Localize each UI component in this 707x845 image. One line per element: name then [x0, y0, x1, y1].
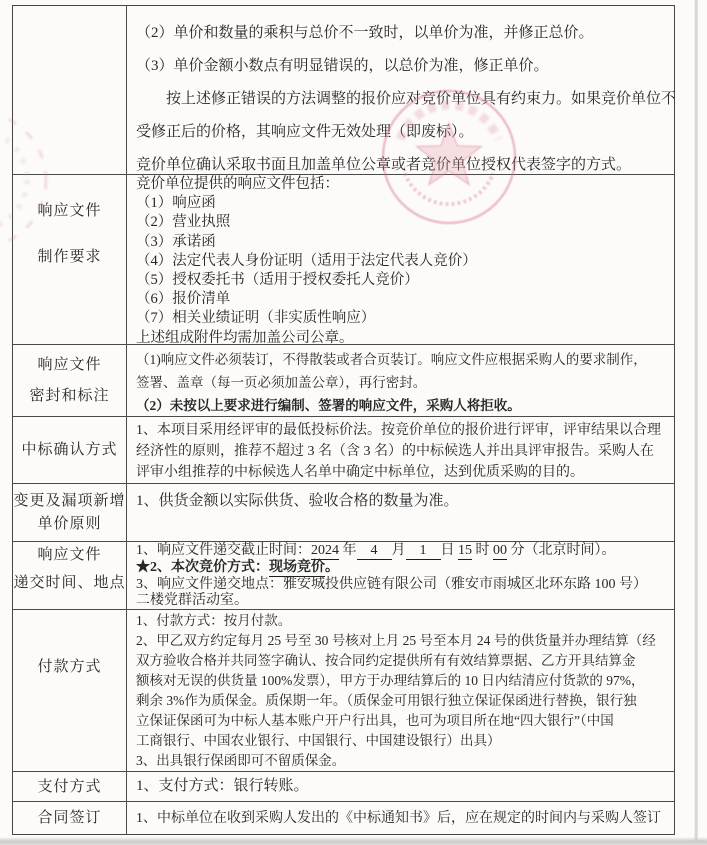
- content-line: 额核对无误的供货量 100%发票），甲方于办理结算后的 10 日内结清应付货款的…: [136, 671, 671, 691]
- content-segment: 现场竞价: [269, 560, 325, 577]
- row-label-cell: 中标确认方式: [13, 417, 127, 483]
- content-segment: 1: [406, 543, 441, 560]
- content-line: （1)响应文件必须装订，不得散装或者合页装订。响应文件应根据采购人的要求制作，: [136, 348, 671, 371]
- row-label-cell: 响应文件密封和标注: [13, 345, 127, 416]
- content-line: 1、响应文件递交截止时间：2024 年 4 月 1 日 15 时 00 分（北京…: [136, 543, 671, 560]
- page-edge-shadow-right: [694, 0, 698, 845]
- content-segment: 2024: [311, 543, 339, 560]
- row-sealing-and-marking: 响应文件密封和标注（1)响应文件必须装订，不得散装或者合页装订。响应文件应根据采…: [13, 344, 674, 416]
- row-label-line: 中标确认方式: [21, 442, 117, 458]
- content-segment: 1、响应文件递交截止时间：: [136, 543, 311, 558]
- row-payment-channel: 支付方式1、支付方式：银行转账。: [13, 771, 674, 801]
- content-line: 上述组成附件均需加盖公司公章。: [136, 329, 671, 344]
- content-segment: 4: [357, 543, 392, 560]
- row-label-line: 变更及漏项新增: [13, 493, 125, 509]
- row-contract-signing: 合同签订1、中标单位在收到采购人发出的《中标通知书》后，应在规定的时间内与采购人…: [13, 801, 674, 834]
- content-line: 1、支付方式：银行转账。: [136, 775, 671, 797]
- content-line: 竞价单位确认采取书面且加盖单位公章或者竞价单位授权代表签字的方式。: [136, 149, 671, 174]
- row-label-line: 响应文件: [37, 203, 101, 219]
- content-line: （3）单价金额小数点有明显错误的，以总价为准，修正单价。: [136, 50, 671, 83]
- content-segment: 00: [493, 543, 507, 560]
- row-content-cell: （2）单价和数量的乘积与总价不一致时，以单价为准，并修正总价。（3）单价金额小数…: [127, 6, 674, 174]
- content-line: 立保证保函可为中标人基本账户开户行出具，也可为项目所在地“四大银行”（中国: [136, 711, 671, 731]
- row-content-cell: 1、本项目采用经评审的最低投标价法。按竞价单位的报价进行评审，评审结果以合理经济…: [127, 417, 674, 483]
- row-response-document-requirements: 响应文件制作要求竞价单位提供的响应文件包括：（1）响应函（2）营业执照（3）承诺…: [13, 174, 674, 344]
- row-payment-method: 付款方式1、付款方式：按月付款。2、甲乙双方约定每月 25 号至 30 号核对上…: [13, 609, 674, 771]
- content-line: 受修正后的价格，其响应文件无效处理（即废标）。: [136, 116, 671, 149]
- row-label-cell: 响应文件制作要求: [13, 175, 127, 344]
- row-label-line: 响应文件: [37, 357, 101, 373]
- content-line: （6）报价清单: [136, 290, 671, 309]
- row-label-line: 递交时间、地点: [13, 575, 125, 591]
- content-line: 2、甲乙双方约定每月 25 号至 30 号核对上月 25 号至本月 24 号的供…: [136, 631, 671, 651]
- content-segment: 月: [392, 543, 406, 558]
- requirements-table: （2）单价和数量的乘积与总价不一致时，以单价为准，并修正总价。（3）单价金额小数…: [12, 5, 675, 835]
- content-line: 1、本项目采用经评审的最低投标价法。按竞价单位的报价进行评审，评审结果以合理: [136, 420, 671, 441]
- content-line: 工商银行、中国农业银行、中国银行、中国建设银行）出具）: [136, 731, 671, 751]
- content-segment: （2）未按以上要求进行编制、签署的响应文件，采购人将拒收。: [136, 398, 521, 413]
- page-edge-shadow-bottom: [0, 837, 707, 845]
- content-line: 经济性的原则，推荐不超过 3 名（含 3 名）的中标候选人并出具评审报告。采购人…: [136, 441, 671, 462]
- content-line: （3）承诺函: [136, 233, 671, 252]
- content-line: 二楼党群活动室。: [136, 593, 671, 609]
- row-content-cell: （1)响应文件必须装订，不得散装或者合页装订。响应文件应根据采购人的要求制作，签…: [127, 345, 674, 416]
- row-change-and-omission-unit-price: 变更及漏项新增单价原则1、供货金额以实际供货、验收合格的数量为准。: [13, 483, 674, 541]
- content-segment: 分（北京时间）。: [507, 543, 616, 558]
- content-line: ★2、本次竞价方式：现场竞价。: [136, 560, 671, 577]
- content-line: 剩余 3%作为质保金。质保期一年。（质保金可用银行独立保证保函进行替换，银行独: [136, 691, 671, 711]
- row-label-cell: 变更及漏项新增单价原则: [13, 484, 127, 541]
- row-label-line: 制作要求: [37, 249, 101, 265]
- content-line: 评审小组推荐的中标候选人名单中确定中标单位，达到优质采购的目的。: [136, 462, 671, 483]
- content-segment: 日: [441, 543, 459, 558]
- row-label-line: 付款方式: [37, 659, 101, 675]
- content-line: 1、中标单位在收到采购人发出的《中标通知书》后，应在规定的时间内与采购人签订: [136, 809, 671, 829]
- row-content-cell: 1、响应文件递交截止时间：2024 年 4 月 1 日 15 时 00 分（北京…: [127, 542, 674, 609]
- row-label-line: 合同签订: [37, 810, 101, 826]
- row-content-cell: 1、供货金额以实际供货、验收合格的数量为准。: [127, 484, 674, 541]
- content-line: 1、供货金额以实际供货、验收合格的数量为准。: [136, 491, 671, 511]
- content-line: （1）响应函: [136, 194, 671, 213]
- row-content-cell: 1、支付方式：银行转账。: [127, 772, 674, 801]
- row-price-correction-rules: （2）单价和数量的乘积与总价不一致时，以单价为准，并修正总价。（3）单价金额小数…: [13, 6, 674, 174]
- row-label-line: 密封和标注: [29, 388, 109, 404]
- content-line: 双方验收合格并共同签字确认、按合同约定提供所有有效结算票据、乙方开具结算金: [136, 651, 671, 671]
- content-line: （7）相关业绩证明（非实质性响应）: [136, 309, 671, 328]
- content-line: （2）未按以上要求进行编制、签署的响应文件，采购人将拒收。: [136, 394, 671, 416]
- content-segment: 时: [472, 543, 493, 558]
- content-line: 按上述修正错误的方法调整的报价应对竞价单位具有约束力。如果竞价单位不接: [136, 83, 671, 116]
- row-label-cell: 支付方式: [13, 772, 127, 801]
- content-line: （4）法定代表人身份证明（适用于法定代表人竞价）: [136, 252, 671, 271]
- row-label-cell: 响应文件递交时间、地点: [13, 542, 127, 609]
- content-line: （5）授权委托书（适用于授权委托人竞价）: [136, 271, 671, 290]
- content-segment: ★2、本次竞价方式：: [136, 560, 269, 575]
- row-content-cell: 1、付款方式：按月付款。2、甲乙双方约定每月 25 号至 30 号核对上月 25…: [127, 610, 674, 771]
- row-content-cell: 竞价单位提供的响应文件包括：（1）响应函（2）营业执照（3）承诺函（4）法定代表…: [127, 175, 674, 344]
- row-label-line: 支付方式: [37, 779, 101, 795]
- document-page: （2）单价和数量的乘积与总价不一致时，以单价为准，并修正总价。（3）单价金额小数…: [0, 0, 707, 845]
- row-submission-time-place: 响应文件递交时间、地点1、响应文件递交截止时间：2024 年 4 月 1 日 1…: [13, 541, 674, 609]
- content-segment: 。: [325, 560, 339, 575]
- content-line: 签署、盖章（每一页必须加盖公章），再行密封。: [136, 371, 671, 394]
- content-line: 3、出具银行保函即可不留质保金。: [136, 751, 671, 771]
- row-label-line: 单价原则: [37, 516, 101, 532]
- content-segment: 年: [339, 543, 357, 558]
- row-label-cell: [13, 6, 127, 174]
- content-line: 竞价单位提供的响应文件包括：: [136, 175, 671, 194]
- content-line: （2）营业执照: [136, 213, 671, 232]
- row-label-cell: 付款方式: [13, 610, 127, 771]
- content-line: 1、付款方式：按月付款。: [136, 611, 671, 631]
- row-content-cell: 1、中标单位在收到采购人发出的《中标通知书》后，应在规定的时间内与采购人签订: [127, 802, 674, 834]
- row-label-line: 响应文件: [37, 547, 101, 563]
- row-label-cell: 合同签订: [13, 802, 127, 834]
- content-segment: 15: [458, 543, 472, 560]
- content-line: 3、响应文件递交地点：雅安城投供应链有限公司（雅安市雨城区北环东路 100 号）: [136, 577, 671, 594]
- row-award-confirmation-method: 中标确认方式1、本项目采用经评审的最低投标价法。按竞价单位的报价进行评审，评审结…: [13, 416, 674, 483]
- content-line: （2）单价和数量的乘积与总价不一致时，以单价为准，并修正总价。: [136, 17, 671, 50]
